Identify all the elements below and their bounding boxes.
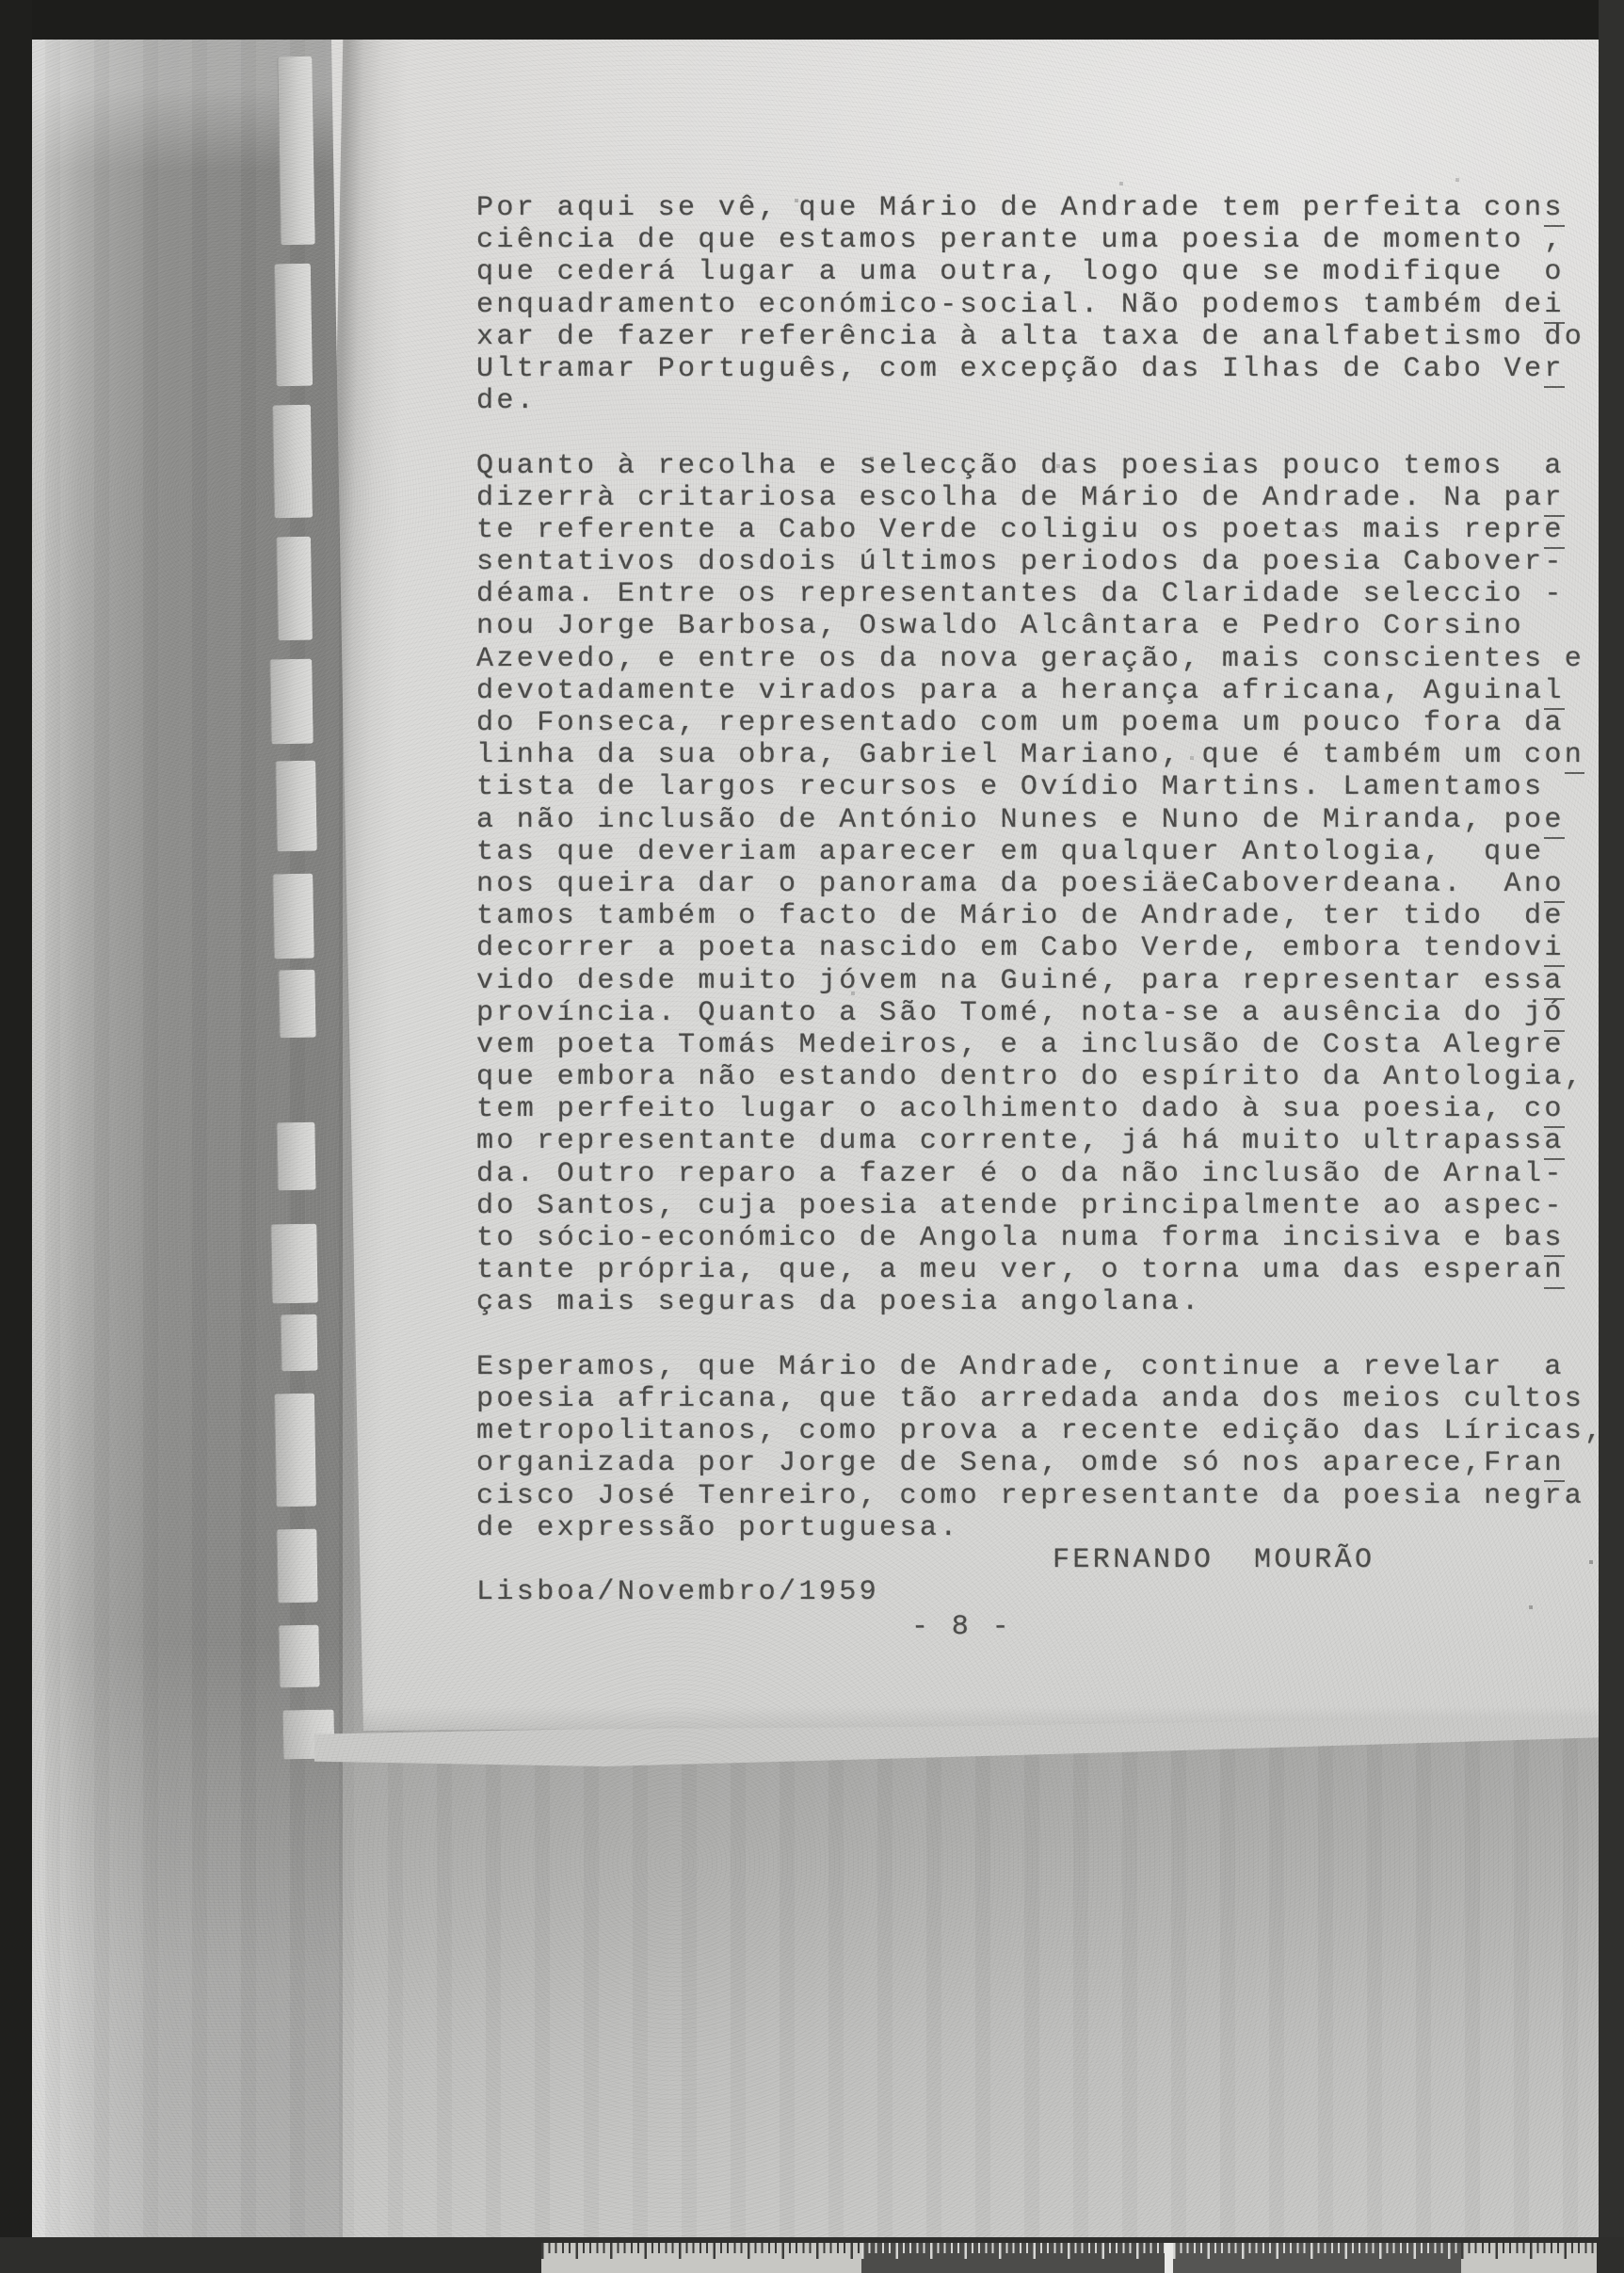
photo-bottom-strip [0, 2237, 1624, 2273]
photo-border-left [0, 0, 32, 2273]
film-grain-overlay [32, 40, 1599, 2237]
ruler-tick-band [861, 2243, 1165, 2259]
photo-border-top [0, 0, 1624, 40]
measurement-ruler [541, 2243, 1597, 2273]
ruler-tick-band [1173, 2243, 1461, 2259]
ruler-tick-band [541, 2243, 861, 2259]
scan-area: Por aqui se vê, que Mário de Andrade tem… [32, 40, 1599, 2237]
ruler-tick-band [1461, 2243, 1597, 2259]
ruler-divider [1165, 2243, 1173, 2273]
photo-border-right [1599, 0, 1624, 2273]
